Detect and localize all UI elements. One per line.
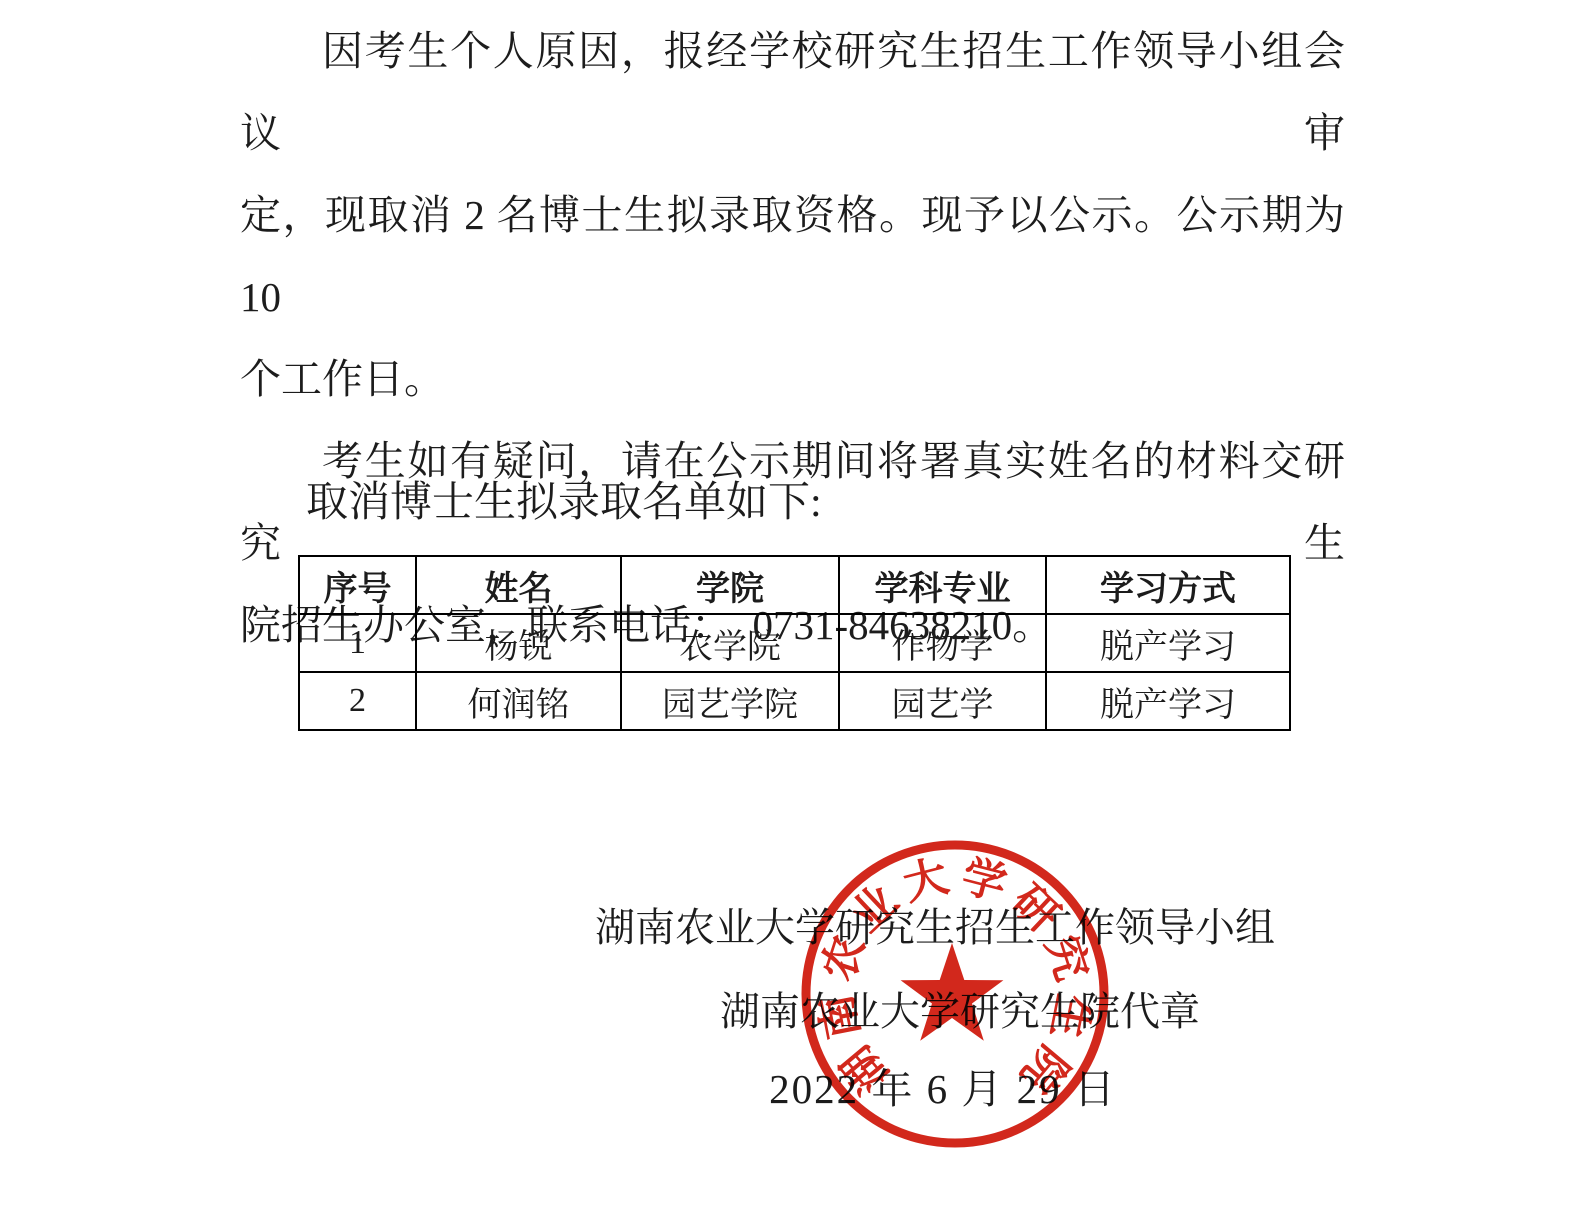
table-row: 2 何润铭 园艺学院 园艺学 脱产学习 <box>299 672 1290 730</box>
header-college: 学院 <box>621 556 839 614</box>
cell-major: 作物学 <box>839 614 1046 672</box>
list-intro: 取消博士生拟录取名单如下: <box>240 462 1345 544</box>
table-header-row: 序号 姓名 学院 学科专业 学习方式 <box>299 556 1290 614</box>
cell-college: 园艺学院 <box>621 672 839 730</box>
cell-major: 园艺学 <box>839 672 1046 730</box>
body-line-1: 因考生个人原因，报经学校研究生招生工作领导小组会议审 <box>240 10 1345 174</box>
body-line-2: 定，现取消 2 名博士生拟录取资格。现予以公示。公示期为 10 <box>240 174 1345 338</box>
header-index: 序号 <box>299 556 416 614</box>
document-page: { "body": { "para1_lines": [ "因考生个人原因，报经… <box>0 0 1587 1212</box>
cancellation-table: 序号 姓名 学院 学科专业 学习方式 1 杨锐 农学院 作物学 脱产学习 2 何… <box>298 555 1291 731</box>
cell-index: 2 <box>299 672 416 730</box>
signature-org-line: 湖南农业大学研究生招生工作领导小组 <box>540 902 1330 954</box>
cell-name: 杨锐 <box>416 614 621 672</box>
body-line-3: 个工作日。 <box>240 338 1345 420</box>
table-row: 1 杨锐 农学院 作物学 脱产学习 <box>299 614 1290 672</box>
cell-name: 何润铭 <box>416 672 621 730</box>
header-major: 学科专业 <box>839 556 1046 614</box>
header-studymode: 学习方式 <box>1046 556 1290 614</box>
cell-college: 农学院 <box>621 614 839 672</box>
signature-seal-line: 湖南农业大学研究生院代章 <box>565 986 1355 1038</box>
header-name: 姓名 <box>416 556 621 614</box>
cell-index: 1 <box>299 614 416 672</box>
cell-studymode: 脱产学习 <box>1046 672 1290 730</box>
signature-date: 2022 年 6 月 29 日 <box>548 1063 1338 1115</box>
cell-studymode: 脱产学习 <box>1046 614 1290 672</box>
